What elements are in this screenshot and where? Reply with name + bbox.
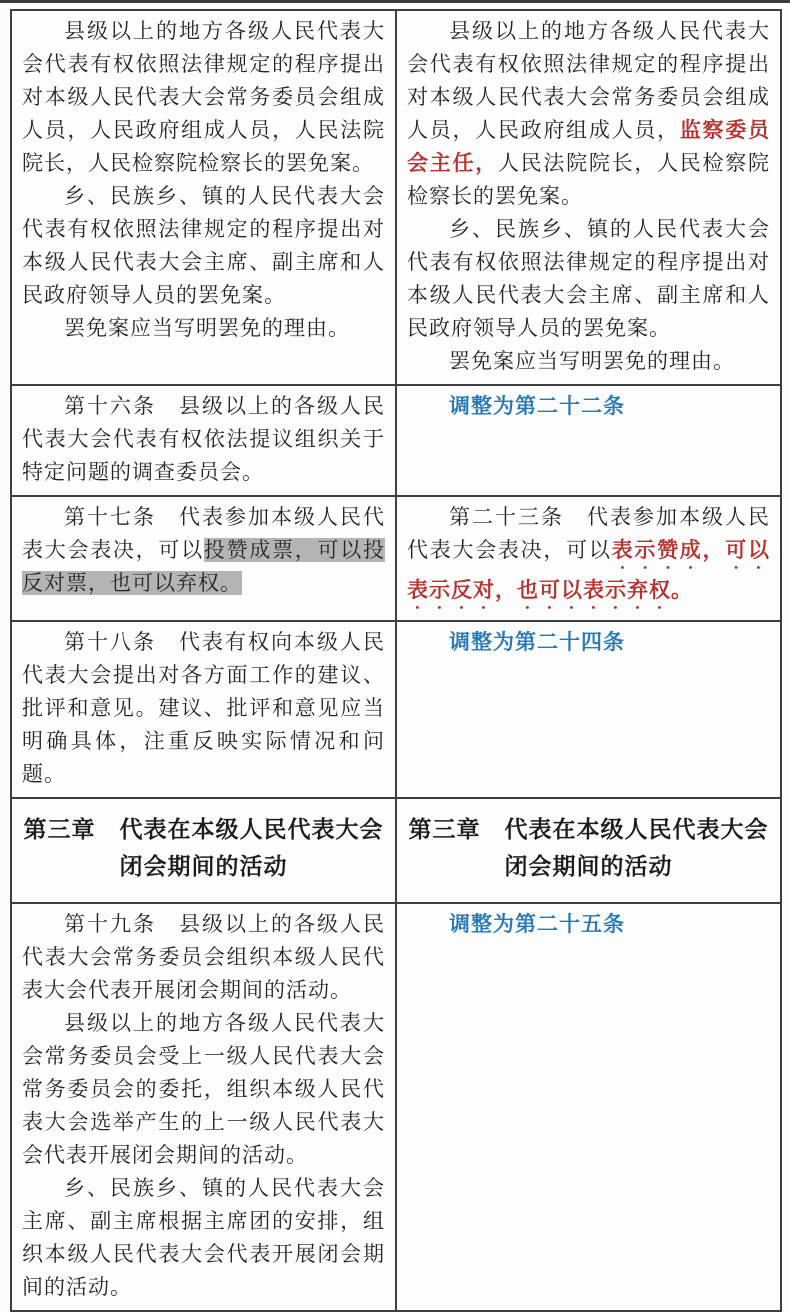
law-comparison-table: 县级以上的地方各级人民代表大会代表有权依照法律规定的程序提出对本级人民代表大会常… <box>10 9 782 1312</box>
paragraph: 罢免案应当写明罢免的理由。 <box>407 345 770 378</box>
row-article-18-left-cell: 第十八条 代表有权向本级人民代表大会提出对各方面工作的建议、批评和意见。建议、批… <box>11 621 396 798</box>
paragraph: 第十八条 代表有权向本级人民代表大会提出对各方面工作的建议、批评和意见。建议、批… <box>22 626 385 791</box>
paragraph: 第三章 代表在本级人民代表大会闭会期间的活动 <box>407 811 770 885</box>
paragraph: 调整为第二十四条 <box>407 626 770 659</box>
renumber-note-blue: 调整为第二十二条 <box>449 395 625 418</box>
comparison-table-body: 县级以上的地方各级人民代表大会代表有权依照法律规定的程序提出对本级人民代表大会常… <box>11 10 781 1311</box>
row-recall-motion-right-cell: 县级以上的地方各级人民代表大会代表有权依照法律规定的程序提出对本级人民代表大会常… <box>396 10 781 385</box>
paragraph: 罢免案应当写明罢免的理由。 <box>22 312 385 345</box>
row-article-18-right-cell: 调整为第二十四条 <box>396 621 781 798</box>
paragraph: 县级以上的地方各级人民代表大会常务委员会受上一级人民代表大会常务委员会的委托，组… <box>22 1007 385 1172</box>
body-text: 第十九条 县级以上的各级人民代表大会常务委员会组织本级人民代表大会代表开展闭会期… <box>22 912 385 1002</box>
paragraph: 乡、民族乡、镇的人民代表大会代表有权依照法律规定的程序提出对本级人民代表大会主席… <box>407 213 770 345</box>
body-text: 第三章 代表在本级人民代表大会闭会期间的活动 <box>409 816 769 879</box>
row-article-17: 第十七条 代表参加本级人民代表大会表决，可以投赞成票，可以投反对票，也可以弃权。… <box>11 496 781 621</box>
body-text: 罢免案应当写明罢免的理由。 <box>449 349 735 373</box>
row-chapter-3-heading-right-cell: 第三章 代表在本级人民代表大会闭会期间的活动 <box>396 798 781 903</box>
row-recall-motion: 县级以上的地方各级人民代表大会代表有权依照法律规定的程序提出对本级人民代表大会常… <box>11 10 781 385</box>
row-article-16: 第十六条 县级以上的各级人民代表大会代表有权依法提议组织关于特定问题的调查委员会… <box>11 385 781 496</box>
renumber-note-blue: 调整为第二十五条 <box>449 913 625 936</box>
paragraph: 第三章 代表在本级人民代表大会闭会期间的活动 <box>22 811 385 885</box>
row-article-18: 第十八条 代表有权向本级人民代表大会提出对各方面工作的建议、批评和意见。建议、批… <box>11 621 781 798</box>
row-article-17-left-cell: 第十七条 代表参加本级人民代表大会表决，可以投赞成票，可以投反对票，也可以弃权。 <box>11 496 396 621</box>
row-recall-motion-left-cell: 县级以上的地方各级人民代表大会代表有权依照法律规定的程序提出对本级人民代表大会常… <box>11 10 396 385</box>
row-chapter-3-heading: 第三章 代表在本级人民代表大会闭会期间的活动第三章 代表在本级人民代表大会闭会期… <box>11 798 781 903</box>
paragraph: 第十六条 县级以上的各级人民代表大会代表有权依法提议组织关于特定问题的调查委员会… <box>22 390 385 489</box>
body-text: 县级以上的地方各级人民代表大会常务委员会受上一级人民代表大会常务委员会的委托，组… <box>22 1011 385 1167</box>
body-text: 第三章 代表在本级人民代表大会闭会期间的活动 <box>24 816 384 879</box>
body-text: 罢免案应当写明罢免的理由。 <box>64 316 350 340</box>
paragraph: 乡、民族乡、镇的人民代表大会主席、副主席根据主席团的安排，组织本级人民代表大会代… <box>22 1172 385 1304</box>
body-text: 乡、民族乡、镇的人民代表大会代表有权依照法律规定的程序提出对本级人民代表大会主席… <box>407 217 770 340</box>
body-text: 乡、民族乡、镇的人民代表大会主席、副主席根据主席团的安排，组织本级人民代表大会代… <box>22 1176 385 1299</box>
paragraph: 县级以上的地方各级人民代表大会代表有权依照法律规定的程序提出对本级人民代表大会常… <box>22 15 385 180</box>
cropped-row-edge <box>0 0 790 3</box>
paragraph: 第十九条 县级以上的各级人民代表大会常务委员会组织本级人民代表大会代表开展闭会期… <box>22 908 385 1007</box>
renumber-note-blue: 调整为第二十四条 <box>449 631 625 654</box>
body-text: 第十八条 代表有权向本级人民代表大会提出对各方面工作的建议、批评和意见。建议、批… <box>22 630 385 786</box>
paragraph: 调整为第二十二条 <box>407 390 770 423</box>
paragraph: 调整为第二十五条 <box>407 908 770 941</box>
body-text: 县级以上的地方各级人民代表大会代表有权依照法律规定的程序提出对本级人民代表大会常… <box>22 19 385 175</box>
body-text: 乡、民族乡、镇的人民代表大会代表有权依照法律规定的程序提出对本级人民代表大会主席… <box>22 184 385 307</box>
row-article-16-left-cell: 第十六条 县级以上的各级人民代表大会代表有权依法提议组织关于特定问题的调查委员会… <box>11 385 396 496</box>
paragraph: 乡、民族乡、镇的人民代表大会代表有权依照法律规定的程序提出对本级人民代表大会主席… <box>22 180 385 312</box>
paragraph: 县级以上的地方各级人民代表大会代表有权依照法律规定的程序提出对本级人民代表大会常… <box>407 15 770 213</box>
row-article-17-right-cell: 第二十三条 代表参加本级人民代表大会表决，可以表示赞成，可以表示反对，也可以表示… <box>396 496 781 621</box>
row-article-16-right-cell: 调整为第二十二条 <box>396 385 781 496</box>
paragraph: 第二十三条 代表参加本级人民代表大会表决，可以表示赞成，可以表示反对，也可以表示… <box>407 501 770 614</box>
row-chapter-3-heading-left-cell: 第三章 代表在本级人民代表大会闭会期间的活动 <box>11 798 396 903</box>
body-text: 第十六条 县级以上的各级人民代表大会代表有权依法提议组织关于特定问题的调查委员会… <box>22 394 385 484</box>
paragraph: 第十七条 代表参加本级人民代表大会表决，可以投赞成票，可以投反对票，也可以弃权。 <box>22 501 385 600</box>
